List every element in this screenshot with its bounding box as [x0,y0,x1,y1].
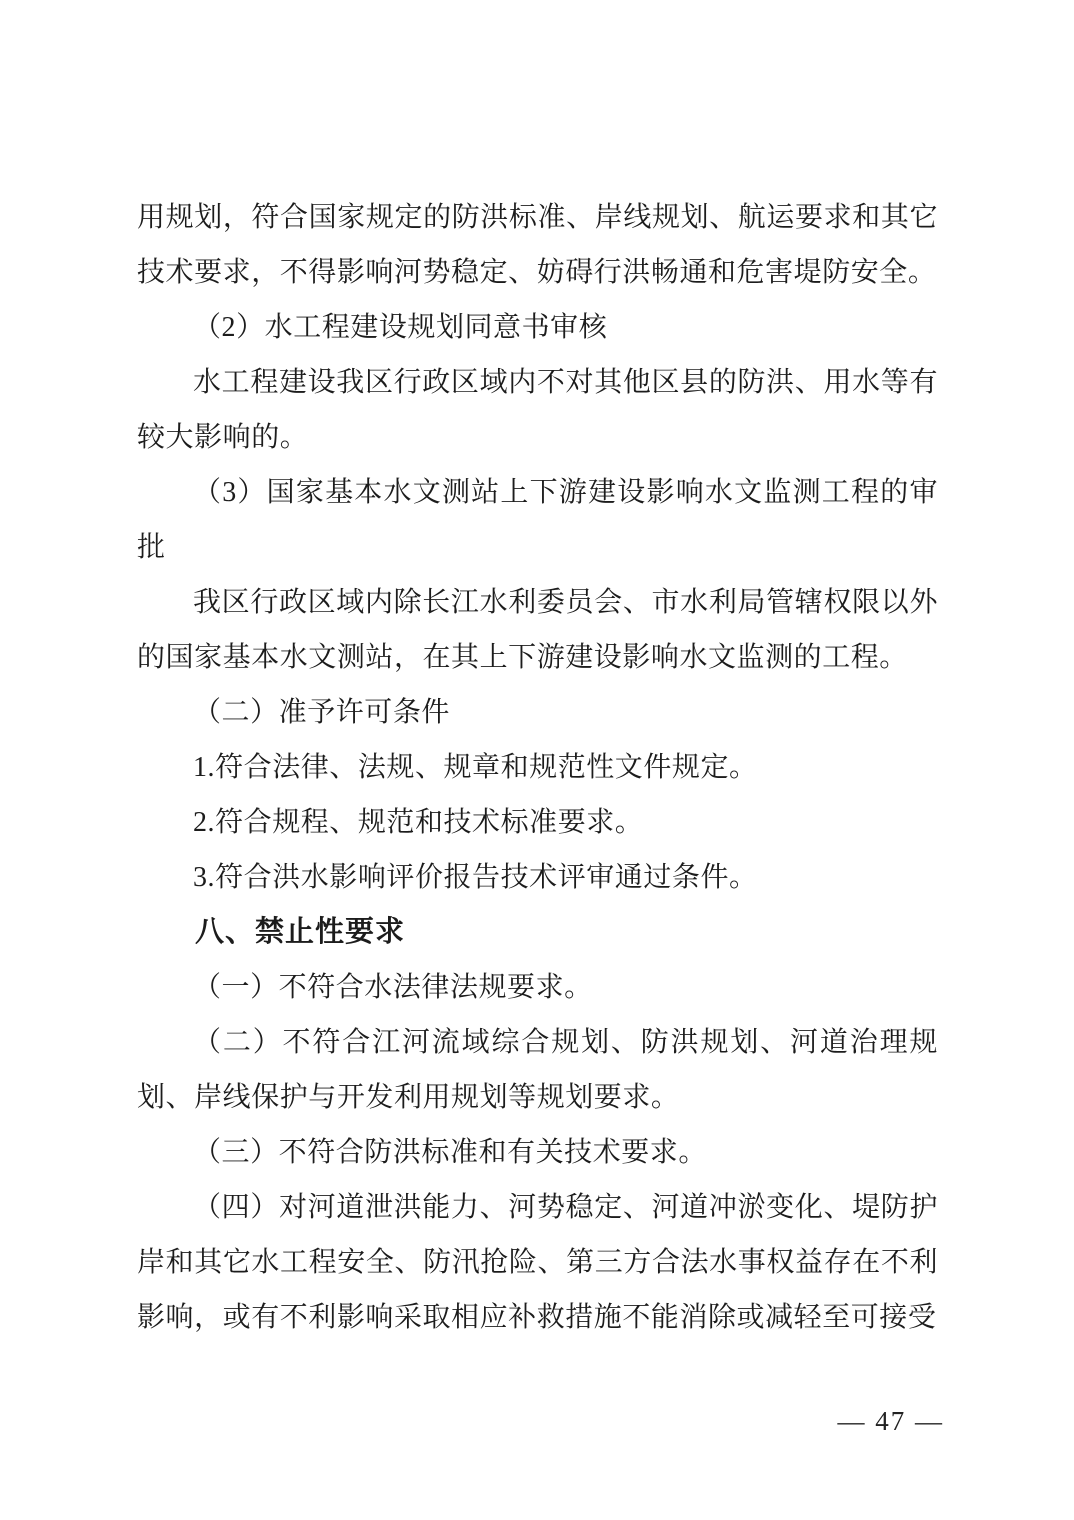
para-item-2-title: （2）水工程建设规划同意书审核 [137,300,938,355]
para-condition-2: 2.符合规程、规范和技术标准要求。 [137,795,938,850]
page-number: — 47 — [838,1406,945,1437]
para-prohibition-2: （二）不符合江河流域综合规划、防洪规划、河道治理规划、岸线保护与开发利用规划等规… [137,1015,938,1125]
para-condition-3: 3.符合洪水影响评价报告技术评审通过条件。 [137,850,938,905]
para-item-3-title: （3）国家基本水文测站上下游建设影响水文监测工程的审批 [137,465,938,575]
para-prohibition-3: （三）不符合防洪标准和有关技术要求。 [137,1125,938,1180]
para-item-3-body: 我区行政区域内除长江水利委员会、市水利局管辖权限以外的国家基本水文测站，在其上下… [137,575,938,685]
para-prohibition-4: （四）对河道泄洪能力、河势稳定、河道冲淤变化、堤防护岸和其它水工程安全、防汛抢险… [137,1180,938,1345]
para-item-2-body: 水工程建设我区行政区域内不对其他区县的防洪、用水等有较大影响的。 [137,355,938,465]
para-continuation-from-previous-page: 用规划，符合国家规定的防洪标准、岸线规划、航运要求和其它技术要求，不得影响河势稳… [137,190,938,300]
document-body: 用规划，符合国家规定的防洪标准、岸线规划、航运要求和其它技术要求，不得影响河势稳… [137,190,938,1345]
para-subsection-2-title: （二）准予许可条件 [137,685,938,740]
para-condition-1: 1.符合法律、法规、规章和规范性文件规定。 [137,740,938,795]
document-page: 用规划，符合国家规定的防洪标准、岸线规划、航运要求和其它技术要求，不得影响河势稳… [0,0,1074,1520]
para-prohibition-1: （一）不符合水法律法规要求。 [137,960,938,1015]
section-heading-8-prohibitions: 八、禁止性要求 [137,905,938,960]
